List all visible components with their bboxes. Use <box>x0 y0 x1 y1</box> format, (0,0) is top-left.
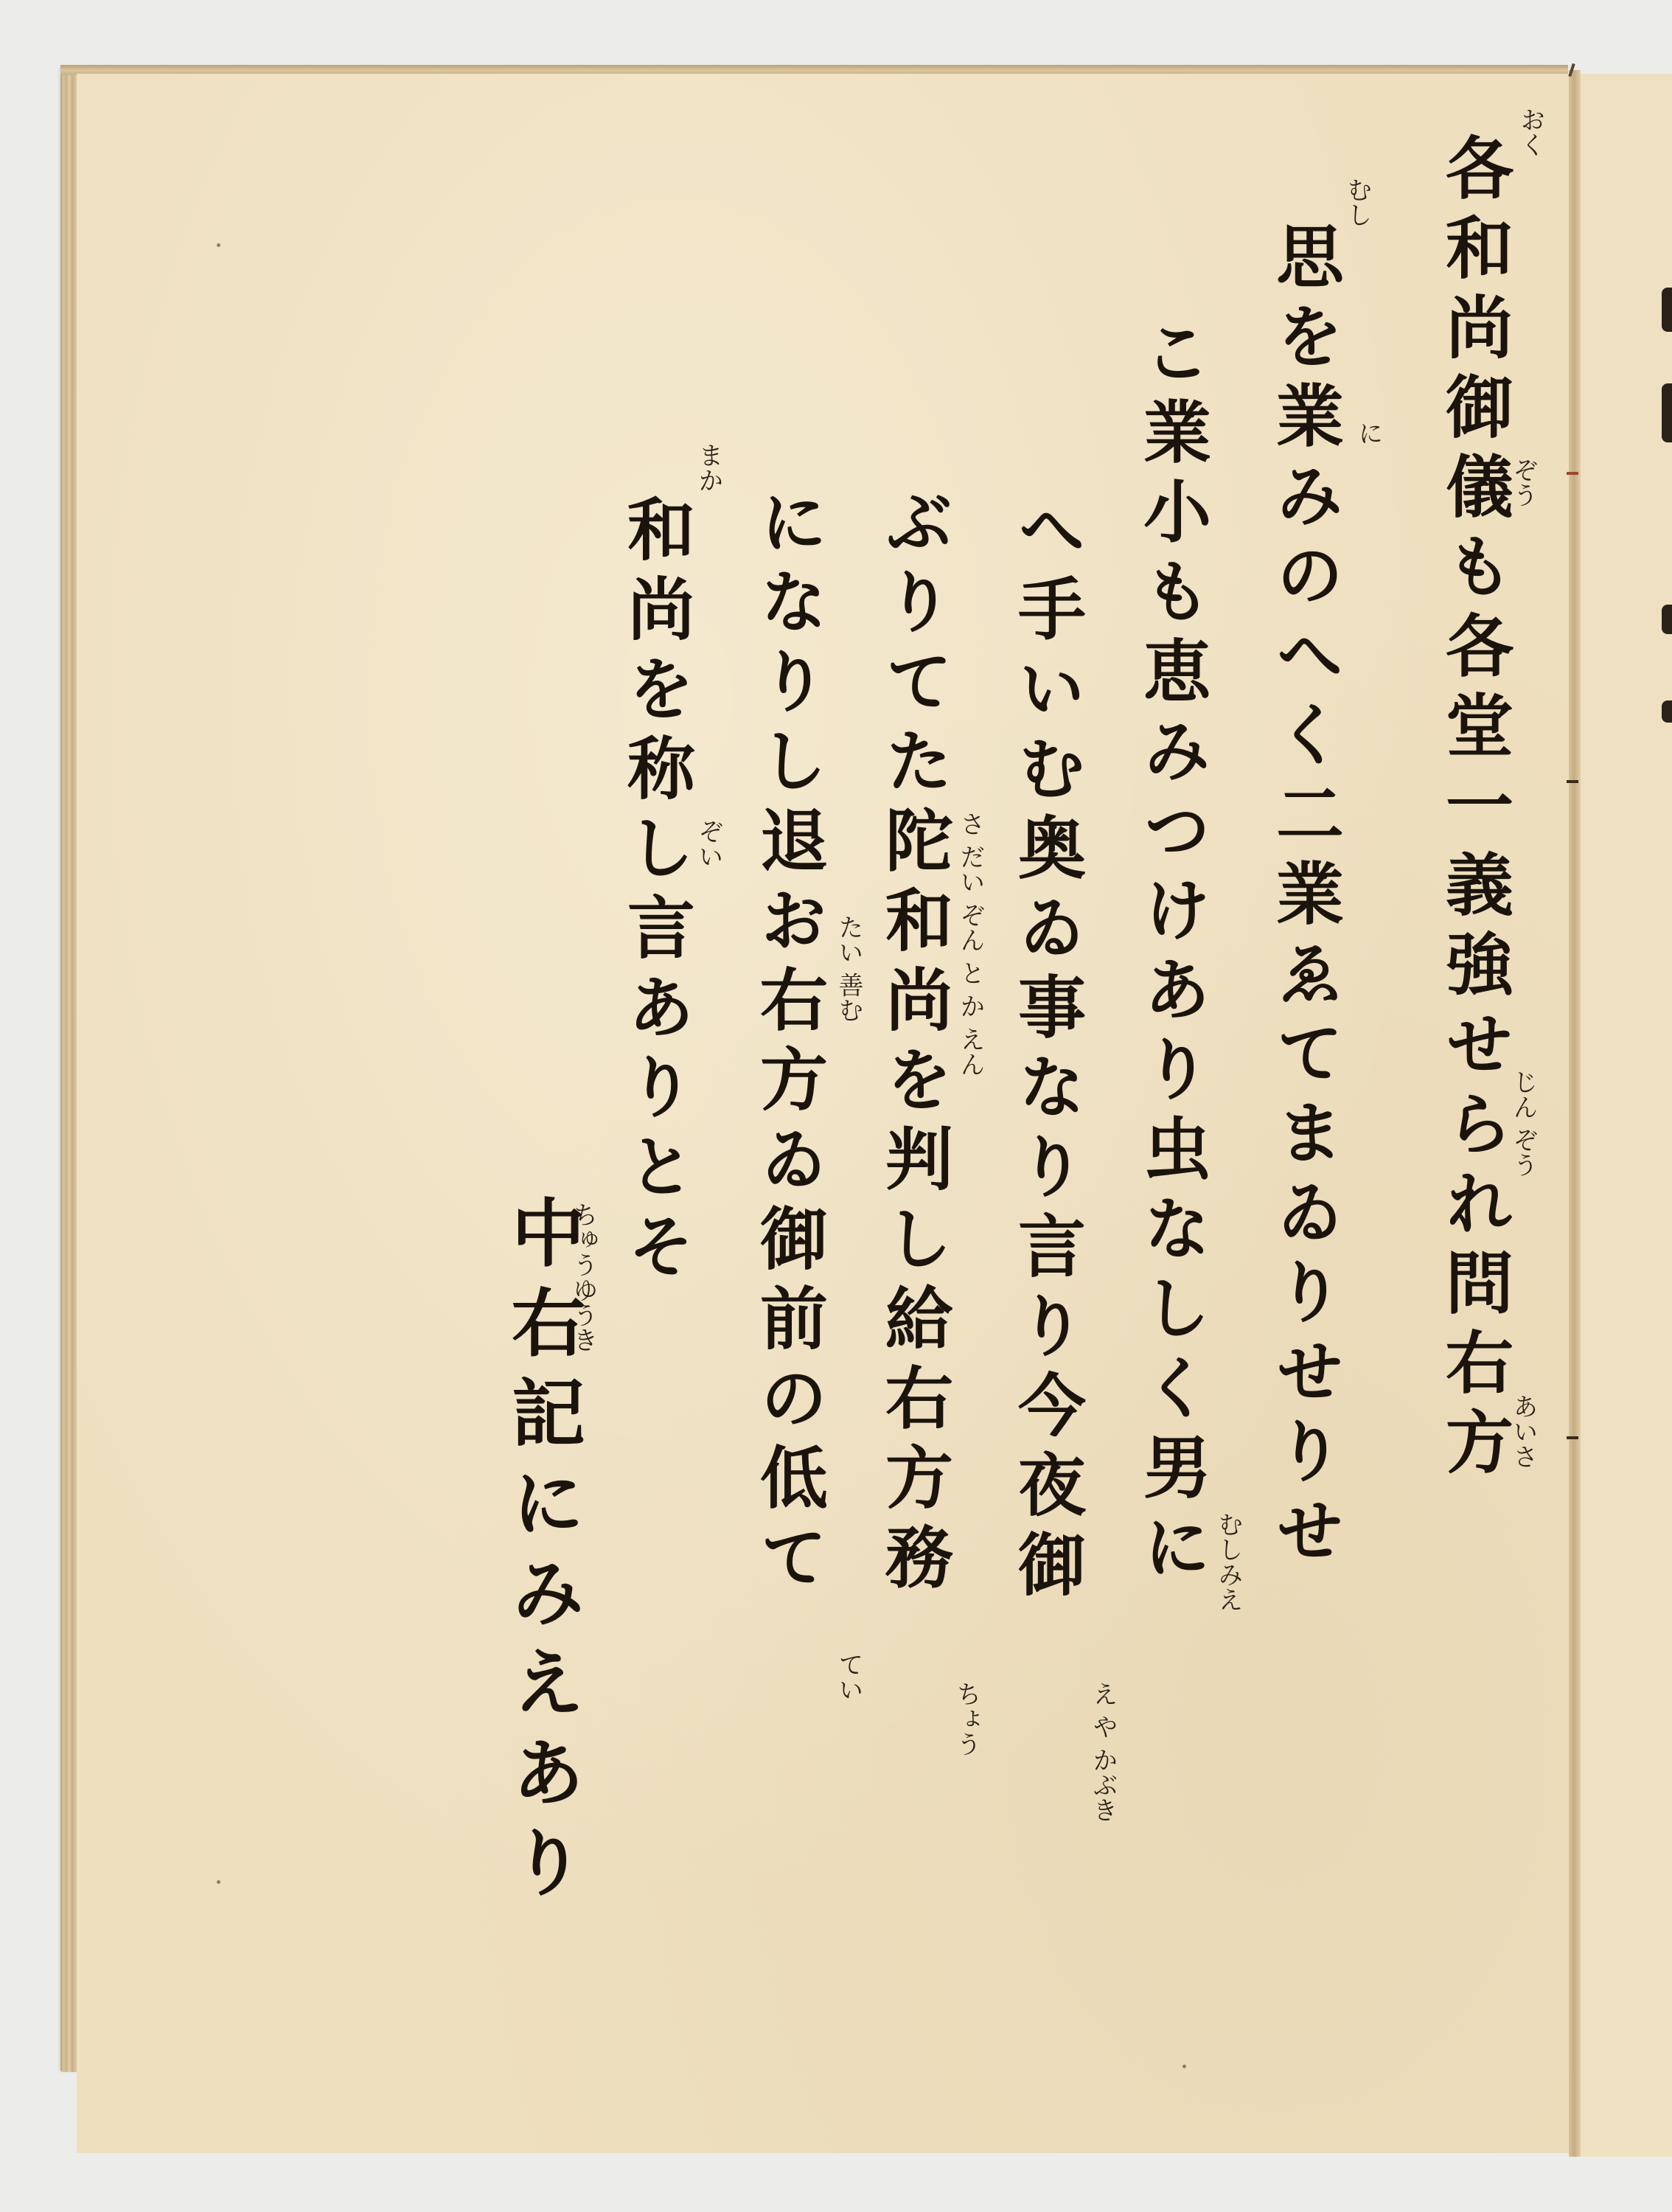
text-column-5: ぶりてた陀和尚を判し給右方務 <box>880 487 948 2109</box>
ruby-annotation: てい <box>836 1652 861 1702</box>
binding-stitch <box>1567 1436 1578 1439</box>
ruby-annotation: あいさ <box>1511 1394 1536 1469</box>
book-spread: 各和尚御儀も各堂一義強せられ問右方 おく ぞう じん ぞう あいさ 思を業みのへ… <box>0 0 1672 2212</box>
ruby-annotation: むしみえ <box>1216 1512 1241 1612</box>
ruby-annotation: ぞう <box>1511 457 1536 507</box>
binding-gutter <box>1569 70 1581 2157</box>
ruby-annotation: おく <box>1518 107 1543 157</box>
ruby-annotation: じん ぞう <box>1511 1069 1536 1178</box>
text-column-6: になりし退お右方ゐ御前の低て <box>755 487 823 2109</box>
signature-ruby: ちゅうゆうき <box>571 1202 596 1352</box>
binding-stitch <box>1567 472 1578 475</box>
ruby-annotation: むし <box>1345 177 1370 227</box>
facing-page-ink <box>1662 288 1672 332</box>
paper-speck <box>217 1880 220 1884</box>
text-column-4: へ手いむ奥ゐ事なり言り今夜御 <box>1013 494 1081 2116</box>
ruby-annotation: たい 善む <box>836 914 861 1023</box>
binding-stitch <box>1567 780 1578 783</box>
facing-page-ink <box>1662 700 1672 723</box>
text-column-3: こ業小も恵みつけあり虫なしく男に <box>1138 317 1206 2013</box>
paper-speck <box>217 243 220 247</box>
ruby-annotation: え や かぶき <box>1090 1681 1115 1823</box>
text-column-1: 各和尚御儀も各堂一義強せられ問右方 <box>1441 133 1508 2050</box>
facing-page-ink <box>1662 605 1672 634</box>
text-column-2: 思を業みのへく二業ゑてまゐりせりせ <box>1271 221 1339 1991</box>
manuscript-page: 各和尚御儀も各堂一義強せられ問右方 おく ぞう じん ぞう あいさ 思を業みのへ… <box>77 74 1577 2153</box>
paper-speck <box>1182 2065 1186 2068</box>
ruby-annotation: ぞい <box>696 818 721 869</box>
text-column-7: 和尚を称し言ありとそ <box>622 494 690 1600</box>
facing-page-ink <box>1662 383 1672 442</box>
ruby-annotation: に <box>1356 420 1381 445</box>
ruby-annotation: さ だい ぞん と か えん <box>958 811 983 1077</box>
ruby-annotation: ちょう <box>954 1681 979 1756</box>
ruby-annotation: まか <box>696 442 721 493</box>
facing-page-edge <box>1581 74 1672 2157</box>
